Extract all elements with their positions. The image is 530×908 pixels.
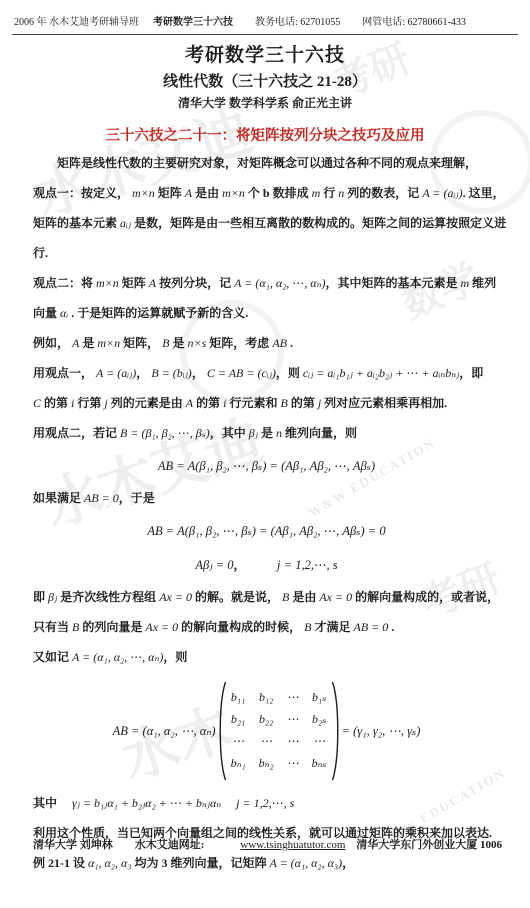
matrix-cell: bₙ₁ xyxy=(231,756,246,771)
matrix-cell: ⋯ xyxy=(259,734,274,749)
matrix-cell: ⋯ xyxy=(287,734,299,749)
matrix-cell: b₁ₛ xyxy=(312,690,327,705)
title-block: 考研数学三十六技 线性代数（三十六技之 21-28） 清华大学 数学科学系 俞正… xyxy=(0,44,530,111)
footer-university-author: 清华大学 刘坤林 xyxy=(33,836,113,852)
header-phone-web: 网管电话: 62780661-433 xyxy=(362,13,466,28)
body-text: 矩阵是线性代数的主要研究对象，对矩阵概念可以通过各种不同的观点来理解， 观点一：… xyxy=(0,145,530,872)
header-phone-admin: 教务电话: 62701055 xyxy=(255,13,340,28)
body-line: 矩阵是线性代数的主要研究对象，对矩阵概念可以通过各种不同的观点来理解， xyxy=(33,155,500,172)
right-paren xyxy=(331,679,342,783)
footer-address: 清华大学东门外创业大厦 1006 xyxy=(356,836,502,852)
body-line: 观点一：按定义， m×n 矩阵 A 是由 m×n 个 b 数排成 m 行 n 列… xyxy=(33,185,500,202)
header-year-org: 2006 年 水木艾迪考研辅导班 xyxy=(14,13,139,28)
matrix-cell: b₁₁ xyxy=(231,690,246,705)
header-divider xyxy=(12,34,518,35)
matrix-cell: b₂ₛ xyxy=(312,712,327,727)
document-title: 考研数学三十六技 xyxy=(0,44,530,68)
matrix-cell: b₂₂ xyxy=(259,712,274,727)
body-line: 如果满足 AB = 0，于是 xyxy=(33,490,500,507)
body-line: 例如， A 是 m×n 矩阵， B 是 n×s 矩阵，考虑 AB . xyxy=(33,335,500,352)
body-line: 行. xyxy=(33,245,500,262)
footer-site-link[interactable]: www.tsinghuatutor.com xyxy=(240,839,345,851)
body-line: 向量 αᵢ . 于是矩阵的运算就赋予新的含义. xyxy=(33,305,500,322)
matrix-cell: bₙ₂ xyxy=(259,756,274,771)
document-subtitle: 线性代数（三十六技之 21-28） xyxy=(0,73,530,92)
lecturer-line: 清华大学 数学科学系 俞正光主讲 xyxy=(0,96,530,111)
section-heading: 三十六技之二十一：将矩阵按列分块之技巧及应用 xyxy=(0,124,530,145)
body-line: 用观点二，若记 B = (β₁, β₂, ⋯, βₛ)，其中 βⱼ 是 n 维列… xyxy=(33,425,500,442)
matrix-cell: b₁₂ xyxy=(259,690,274,705)
footer-site-label: 水木艾迪网址: xyxy=(135,836,205,852)
page-header: 2006 年 水木艾迪考研辅导班 考研数学三十六技 教务电话: 62701055… xyxy=(0,0,530,28)
body-line: 用观点一， A = (aᵢⱼ)， B = (bᵢⱼ)， C = AB = (cᵢ… xyxy=(33,365,500,382)
matrix-equation-lhs: AB = (α₁, α₂, ⋯, αₙ) xyxy=(113,723,216,739)
matrix-cell: bₙₛ xyxy=(312,756,327,771)
matrix-equation-rhs: = (γ₁, γ₂, ⋯, γₛ) xyxy=(342,723,421,739)
matrix-equation: AB = (α₁, α₂, ⋯, αₙ) b₁₁ b₁₂ ⋯ b₁ₛ b₂₁ b… xyxy=(33,679,500,783)
body-line: 只有当 B 的列向量是 Ax = 0 的解向量构成的时候， B 才满足 AB =… xyxy=(33,619,500,636)
body-line: 观点二：将 m×n 矩阵 A 按列分块，记 A = (α₁, α₂, ⋯, αₙ… xyxy=(33,275,500,292)
body-line: 即 βⱼ 是齐次线性方程组 Ax = 0 的解。就是说， B 是由 Ax = 0… xyxy=(33,589,500,606)
display-equation: AB = A(β₁, β₂, ⋯, βₛ) = (Aβ₁, Aβ₂, ⋯, Aβ… xyxy=(33,458,500,474)
matrix-cell: ⋯ xyxy=(312,734,327,749)
body-line: C 的第 i 行第 j 列的元素是由 A 的第 i 行元素和 B 的第 j 列对… xyxy=(33,395,500,412)
display-equation: AB = A(β₁, β₂, ⋯, βₛ) = (Aβ₁, Aβ₂, ⋯, Aβ… xyxy=(33,523,500,539)
body-line: 其中 γⱼ = b₁ⱼα₁ + b₂ⱼα₂ + ⋯ + bₙⱼαₙ j = 1,… xyxy=(33,795,500,812)
body-line: 又如记 A = (α₁, α₂, ⋯, αₙ)，则 xyxy=(33,649,500,666)
matrix-grid: b₁₁ b₁₂ ⋯ b₁ₛ b₂₁ b₂₂ ⋯ b₂ₛ ⋯ ⋯ ⋯ ⋯ bₙ₁ … xyxy=(229,686,329,775)
matrix-cell: ⋯ xyxy=(287,690,299,705)
page-number: 1 xyxy=(0,856,530,868)
display-equation: Aβⱼ = 0， j = 1,2,⋯, s xyxy=(33,555,500,573)
matrix-cell: ⋯ xyxy=(287,712,299,727)
page-footer: 清华大学 刘坤林 水木艾迪网址: www.tsinghuatutor.com 清… xyxy=(0,836,530,852)
header-course-name: 考研数学三十六技 xyxy=(153,13,233,28)
matrix-cell: ⋯ xyxy=(287,756,299,771)
matrix-cell: b₂₁ xyxy=(231,712,246,727)
body-line: 矩阵的基本元素 aᵢⱼ 是数，矩阵是由一些相互离散的数构成的。矩阵之间的运算按照… xyxy=(33,215,500,232)
matrix-cell: ⋯ xyxy=(231,734,246,749)
left-paren xyxy=(216,679,227,783)
document-page: 水木艾迪 考研 数学 水木艾迪 W&W EDUCATION 考研 水木 W&W … xyxy=(0,0,530,908)
